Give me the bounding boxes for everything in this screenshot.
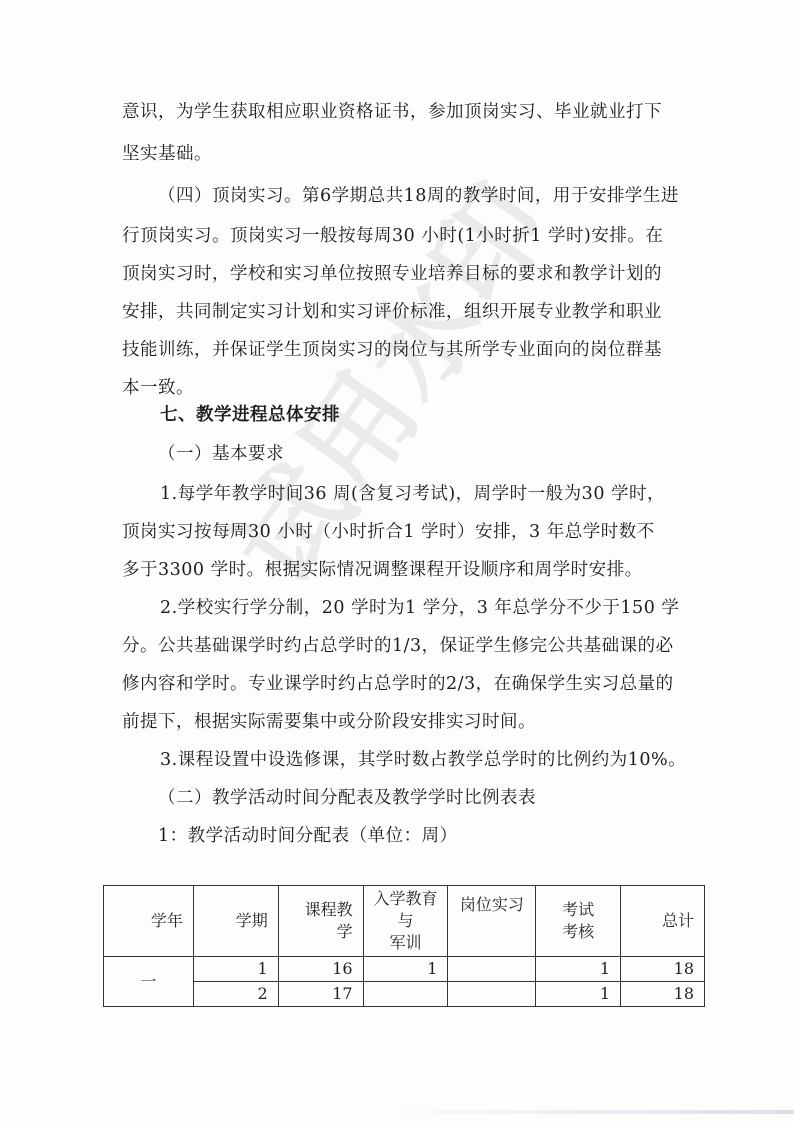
requirement-line: 顶岗实习按每周30 小时（小时折合1 学时）安排，3 年总学时数不	[122, 520, 684, 544]
cell-internship	[448, 982, 536, 1007]
cell-total: 18	[621, 982, 705, 1007]
requirement-line: 2.学校实行学分制，20 学时为1 学分，3 年总学分不少于150 学	[160, 596, 684, 620]
subsection-heading: （二）教学活动时间分配表及教学学时比例表表	[158, 786, 720, 810]
requirement-line: 3.课程设置中设选修课，其学时数占教学总学时的比例约为10%。	[160, 748, 684, 772]
paragraph-line: 本一致。	[122, 376, 684, 400]
header-military: 入学教育与 军训	[363, 886, 448, 957]
header-exam: 考试 考核	[536, 886, 621, 957]
paragraph-line: 安排，共同制定实习计划和实习评价标准，组织开展专业教学和职业	[122, 300, 684, 324]
header-year: 学年	[104, 886, 194, 957]
requirement-line: 修内容和学时。专业课学时约占总学时的2/3，在确保学生实习总量的	[122, 672, 684, 696]
cell-year: 一	[104, 957, 194, 1007]
table-row: 2 17 1 18	[104, 982, 705, 1007]
cell-internship	[448, 957, 536, 982]
table-row: 一 1 16 1 1 18	[104, 957, 705, 982]
scan-artifact	[380, 1110, 794, 1114]
paragraph-line: 顶岗实习时，学校和实习单位按照专业培养目标的要求和教学计划的	[122, 262, 684, 286]
header-internship: 岗位实习	[448, 886, 536, 957]
paragraph-line: 意识，为学生获取相应职业资格证书，参加顶岗实习、毕业就业打下	[122, 100, 684, 124]
paragraph-line: 技能训练，并保证学生顶岗实习的岗位与其所学专业面向的岗位群基	[122, 338, 684, 362]
paragraph-line: 坚实基础。	[122, 142, 684, 166]
requirement-line: 多于3300 学时。根据实际情况调整课程开设顺序和周学时安排。	[122, 558, 684, 582]
header-term: 学期	[193, 886, 278, 957]
table-caption: 1：教学活动时间分配表（单位：周）	[158, 824, 720, 848]
cell-course: 17	[278, 982, 363, 1007]
document-page: 意识，为学生获取相应职业资格证书，参加顶岗实习、毕业就业打下 坚实基础。 （四）…	[0, 0, 794, 1123]
cell-term: 2	[193, 982, 278, 1007]
requirement-line: 1.每学年教学时间36 周(含复习考试)，周学时一般为30 学时，	[160, 482, 684, 506]
time-allocation-table: 学年 学期 课程教学 入学教育与 军训 岗位实习 考试 考核 总计 一 1 16	[103, 885, 705, 1007]
cell-military: 1	[363, 957, 448, 982]
subsection-heading: （一）基本要求	[158, 442, 720, 466]
cell-military	[363, 982, 448, 1007]
cell-exam: 1	[536, 982, 621, 1007]
header-course: 课程教学	[278, 886, 363, 957]
cell-term: 1	[193, 957, 278, 982]
table-header-row: 学年 学期 课程教学 入学教育与 军训 岗位实习 考试 考核 总计	[104, 886, 705, 957]
requirement-line: 前提下，根据实际需要集中或分阶段安排实习时间。	[122, 710, 684, 734]
paragraph-line: 行顶岗实习。顶岗实习一般按每周30 小时(1小时折1 学时)安排。在	[122, 224, 684, 248]
cell-exam: 1	[536, 957, 621, 982]
cell-course: 16	[278, 957, 363, 982]
requirement-line: 分。公共基础课学时约占总学时的1/3，保证学生修完公共基础课的必	[122, 634, 684, 658]
paragraph-line: （四）顶岗实习。第6学期总共18周的教学时间，用于安排学生进	[158, 184, 682, 208]
cell-total: 18	[621, 957, 705, 982]
section-heading: 七、教学进程总体安排	[160, 403, 722, 427]
header-total: 总计	[621, 886, 705, 957]
